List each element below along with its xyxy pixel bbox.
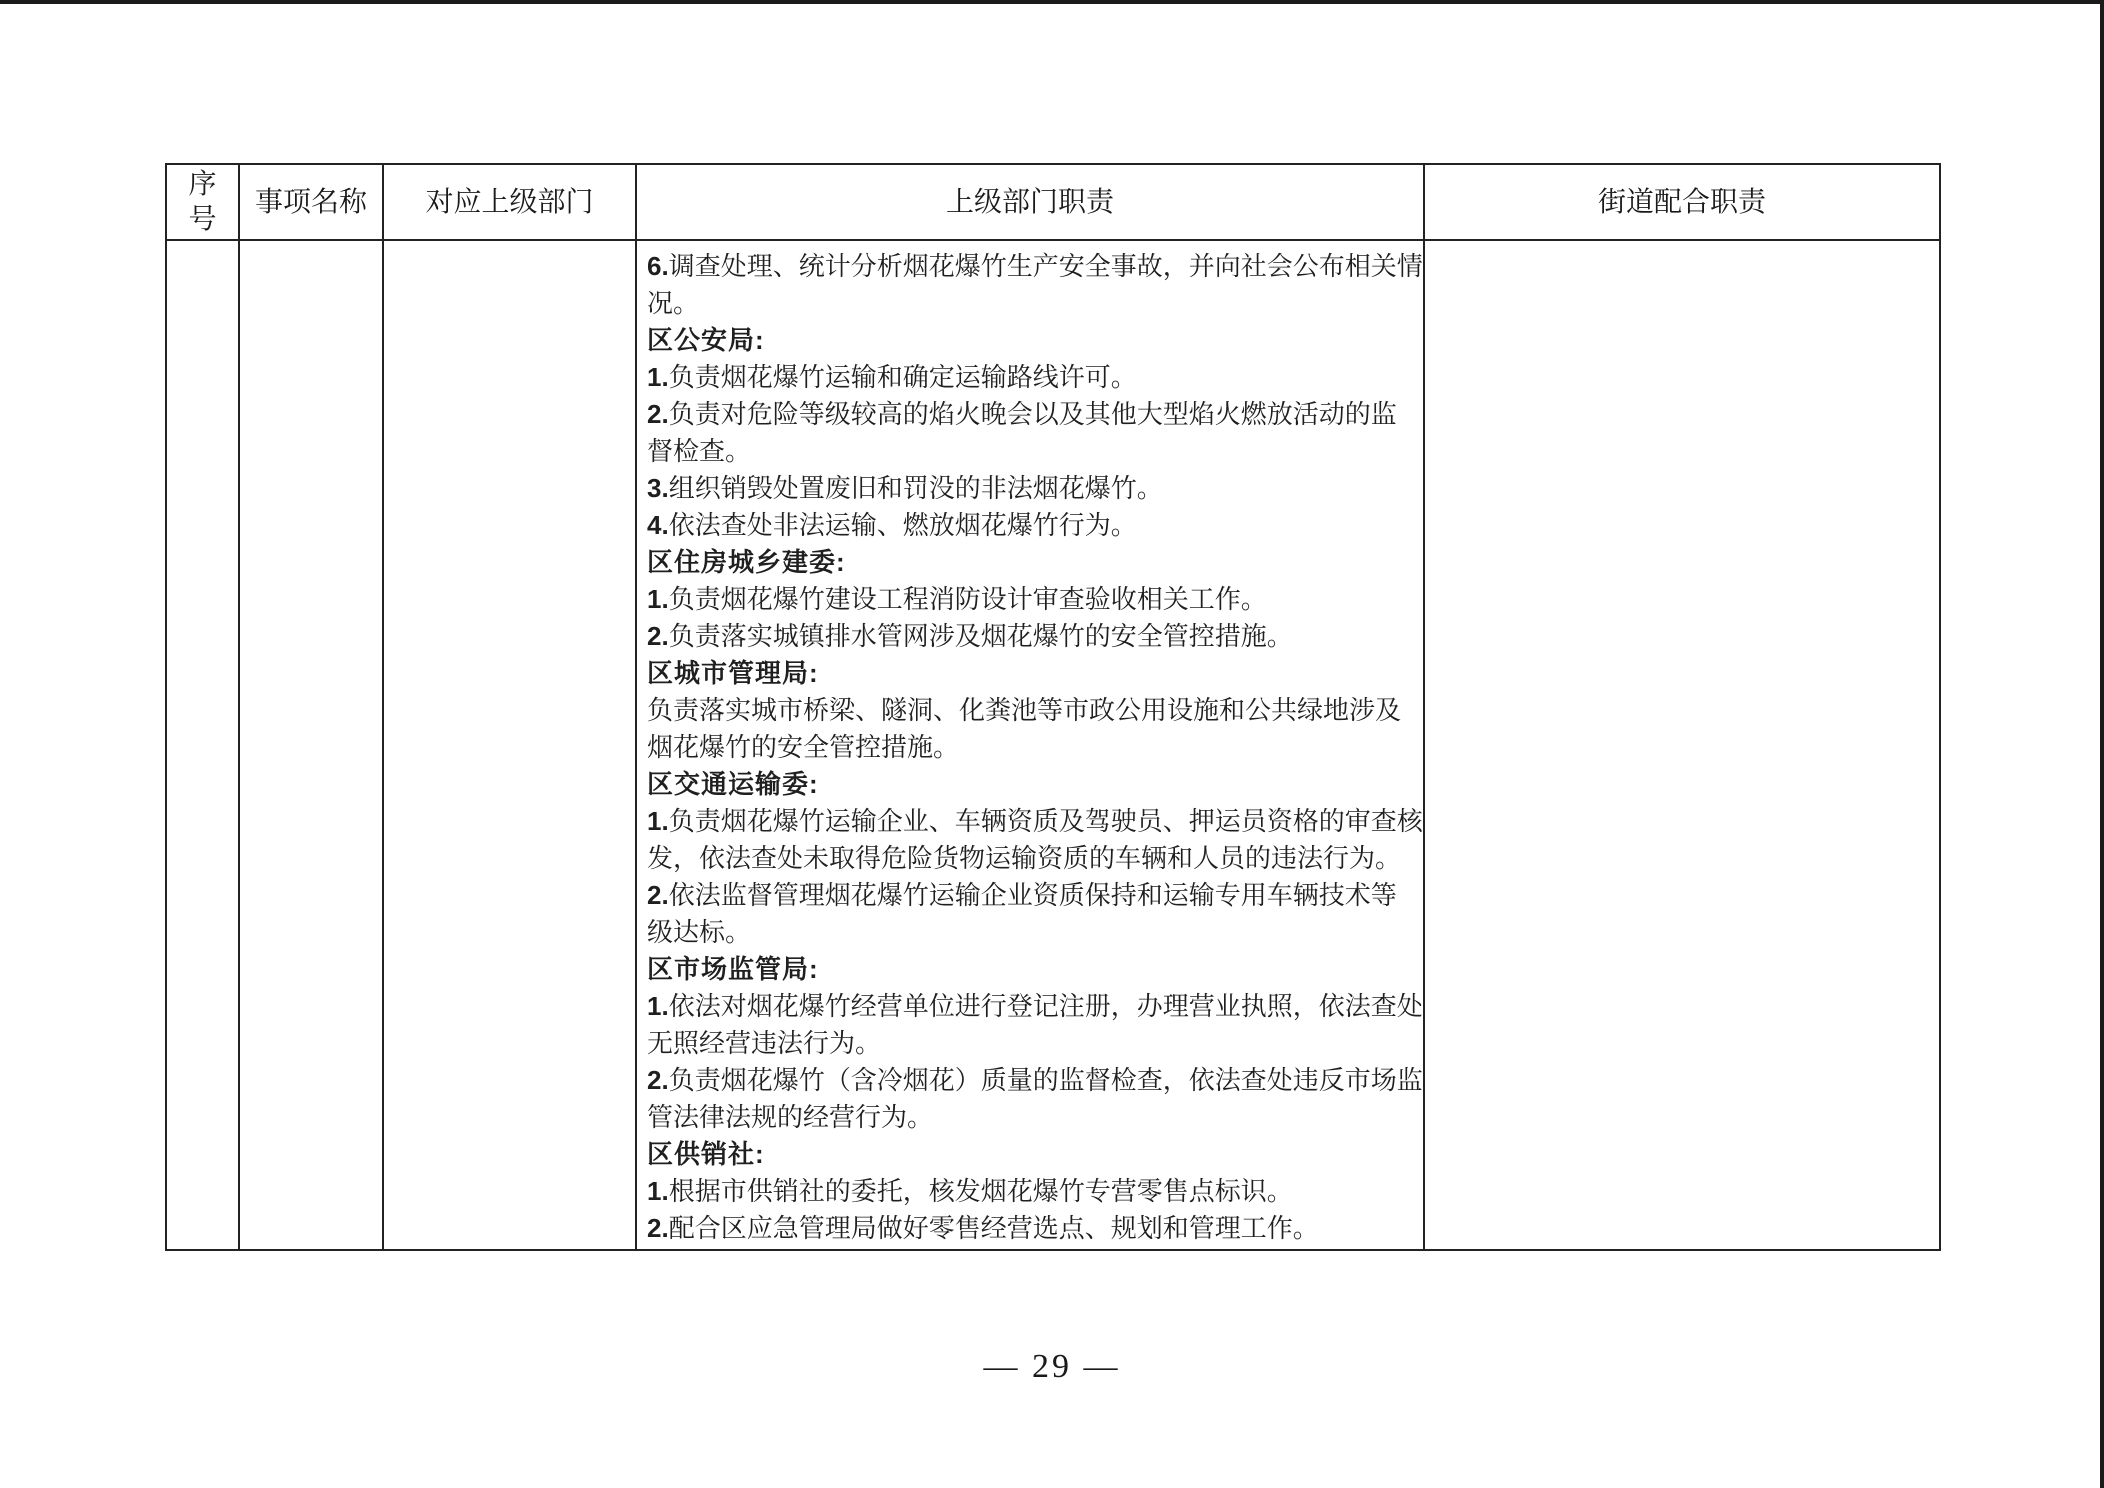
cell-item-name: [240, 241, 384, 1249]
duty-line: 级达标。: [647, 914, 1417, 951]
duty-line: 无照经营违法行为。: [647, 1025, 1417, 1062]
list-number: 4.: [647, 510, 669, 540]
department-heading: 区城市管理局:: [647, 655, 1417, 692]
duty-line: 1.依法对烟花爆竹经营单位进行登记注册，办理营业执照，依法查处: [647, 988, 1417, 1025]
list-number: 2.: [647, 1213, 669, 1243]
duty-line: 4.依法查处非法运输、燃放烟花爆竹行为。: [647, 507, 1417, 544]
list-number: 1.: [647, 806, 669, 836]
list-number: 2.: [647, 621, 669, 651]
list-number: 2.: [647, 399, 669, 429]
column-header-superior-department: 对应上级部门: [384, 165, 637, 239]
cell-seq: [167, 241, 240, 1249]
duty-line: 烟花爆竹的安全管控措施。: [647, 729, 1417, 766]
duty-line: 2.依法监督管理烟花爆竹运输企业资质保持和运输专用车辆技术等: [647, 877, 1417, 914]
list-number: 1.: [647, 584, 669, 614]
column-header-item-name: 事项名称: [240, 165, 384, 239]
duty-line: 发，依法查处未取得危险货物运输资质的车辆和人员的违法行为。: [647, 840, 1417, 877]
duty-line: 督检查。: [647, 433, 1417, 470]
responsibility-table: 序号 事项名称 对应上级部门 上级部门职责 街道配合职责 6.调查处理、统计分析…: [165, 163, 1941, 1251]
department-heading: 区交通运输委:: [647, 766, 1417, 803]
list-number: 1.: [647, 991, 669, 1021]
duty-line: 1.根据市供销社的委托，核发烟花爆竹专营零售点标识。: [647, 1173, 1417, 1210]
table-row: 6.调查处理、统计分析烟花爆竹生产安全事故，并向社会公布相关情况。区公安局:1.…: [167, 241, 1939, 1249]
scan-edge-top: [0, 0, 2104, 4]
superior-duties-content: 6.调查处理、统计分析烟花爆竹生产安全事故，并向社会公布相关情况。区公安局:1.…: [637, 241, 1423, 1247]
document-page: { "table": { "headers": ["序号", "事项名称", "…: [0, 0, 2104, 1488]
column-header-street-duties: 街道配合职责: [1425, 165, 1939, 239]
department-heading: 区供销社:: [647, 1136, 1417, 1173]
table-header-row: 序号 事项名称 对应上级部门 上级部门职责 街道配合职责: [167, 165, 1939, 241]
column-header-superior-duties: 上级部门职责: [637, 165, 1425, 239]
department-heading: 区公安局:: [647, 322, 1417, 359]
cell-superior-duties: 6.调查处理、统计分析烟花爆竹生产安全事故，并向社会公布相关情况。区公安局:1.…: [637, 241, 1425, 1249]
list-number: 2.: [647, 1065, 669, 1095]
duty-line: 管法律法规的经营行为。: [647, 1099, 1417, 1136]
column-header-seq: 序号: [167, 165, 240, 239]
duty-line: 1.负责烟花爆竹建设工程消防设计审查验收相关工作。: [647, 581, 1417, 618]
duty-line: 2.配合区应急管理局做好零售经营选点、规划和管理工作。: [647, 1210, 1417, 1247]
scan-edge-right: [2100, 0, 2104, 1488]
duty-line: 况。: [647, 285, 1417, 322]
page-number: — 29 —: [0, 1348, 2104, 1386]
duty-line: 负责落实城市桥梁、隧洞、化粪池等市政公用设施和公共绿地涉及: [647, 692, 1417, 729]
department-heading: 区市场监管局:: [647, 951, 1417, 988]
list-number: 1.: [647, 362, 669, 392]
duty-line: 2.负责烟花爆竹（含冷烟花）质量的监督检查，依法查处违反市场监: [647, 1062, 1417, 1099]
duty-line: 2.负责对危险等级较高的焰火晚会以及其他大型焰火燃放活动的监: [647, 396, 1417, 433]
list-number: 3.: [647, 473, 669, 503]
list-number: 6.: [647, 251, 669, 281]
list-number: 2.: [647, 880, 669, 910]
cell-street-duties: [1425, 241, 1939, 1249]
duty-line: 1.负责烟花爆竹运输和确定运输路线许可。: [647, 359, 1417, 396]
department-heading: 区住房城乡建委:: [647, 544, 1417, 581]
duty-line: 3.组织销毁处置废旧和罚没的非法烟花爆竹。: [647, 470, 1417, 507]
duty-line: 6.调查处理、统计分析烟花爆竹生产安全事故，并向社会公布相关情: [647, 248, 1417, 285]
cell-superior-department: [384, 241, 637, 1249]
list-number: 1.: [647, 1176, 669, 1206]
duty-line: 2.负责落实城镇排水管网涉及烟花爆竹的安全管控措施。: [647, 618, 1417, 655]
duty-line: 1.负责烟花爆竹运输企业、车辆资质及驾驶员、押运员资格的审查核: [647, 803, 1417, 840]
